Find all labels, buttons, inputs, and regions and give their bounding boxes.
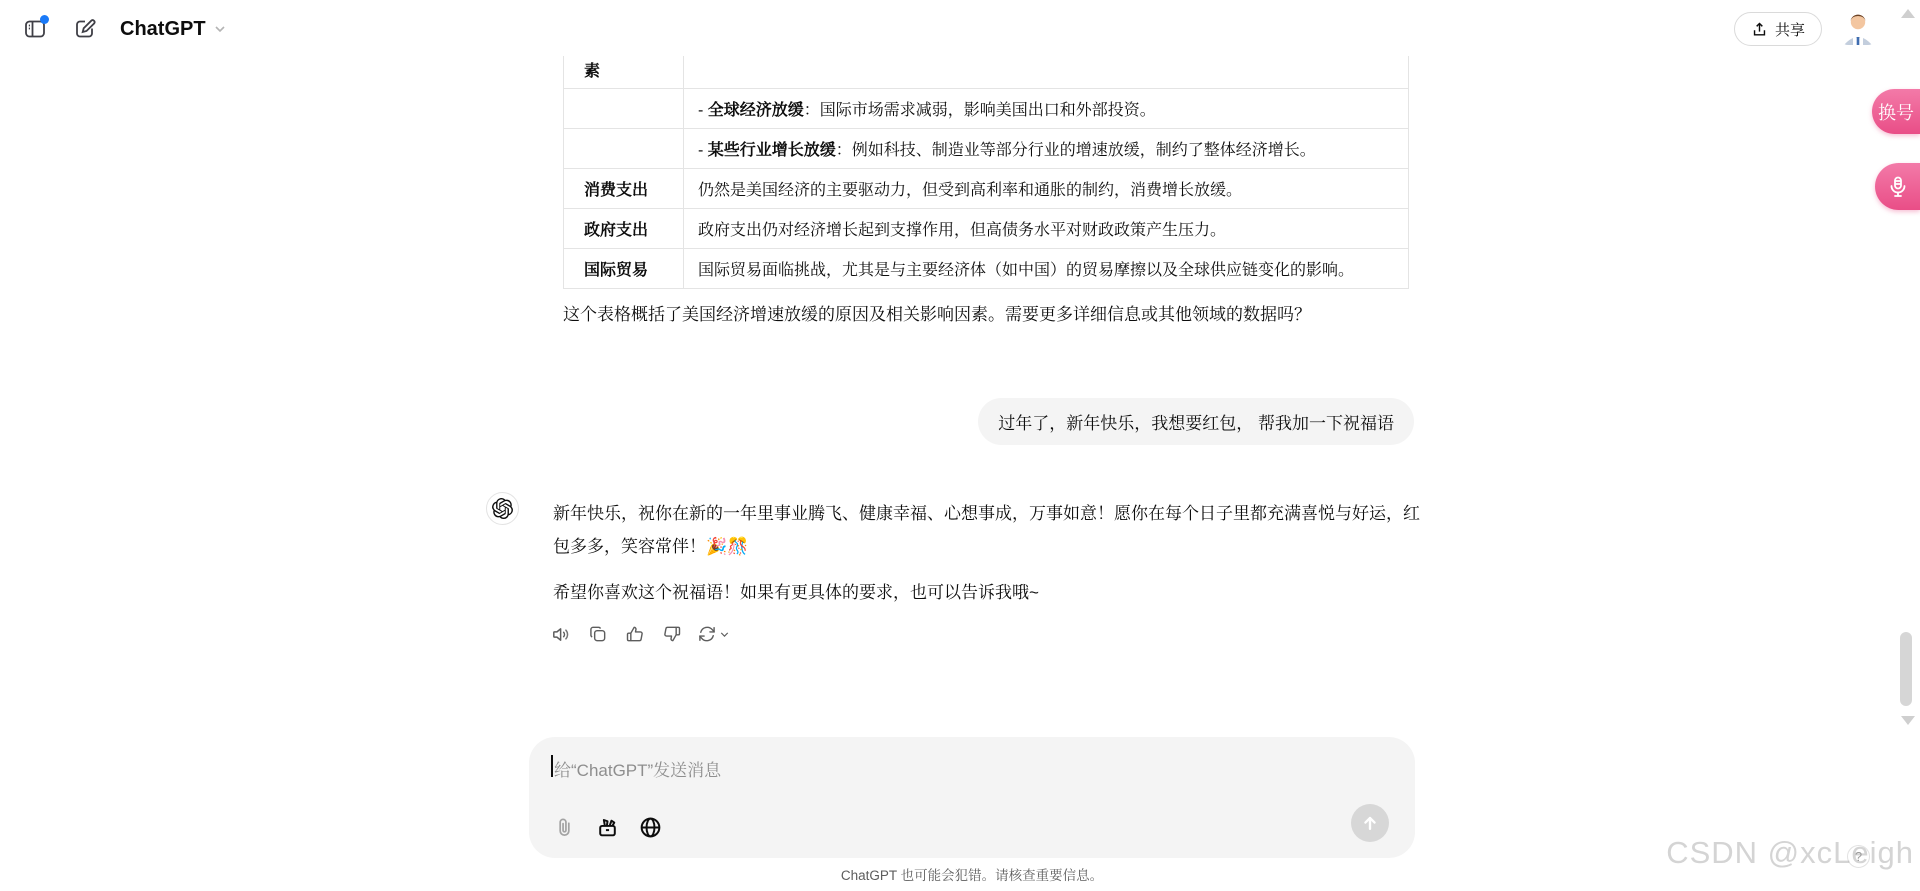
assistant-message: 新年快乐，祝你在新的一年里事业腾飞、健康幸福、心想事成，万事如意！愿你在每个日子… [553,497,1423,609]
share-button[interactable]: 共享 [1734,12,1822,46]
avatar-image [1840,9,1876,45]
table-row: 消费支出 仍然是美国经济的主要驱动力，但受到高利率和通胀的制约，消费增长放缓。 [564,169,1409,209]
cell-text: ：国际市场需求减弱，影响美国出口和外部投资。 [804,102,1156,119]
user-avatar[interactable] [1840,9,1876,45]
cell-text: - [698,142,708,159]
regenerate-icon [697,624,717,644]
cell-bold-text: 全球经济放缓 [708,102,804,119]
arrow-up-icon [1360,813,1380,833]
assistant-avatar [486,492,519,525]
chevron-down-icon [212,21,228,37]
thumbs-up-button[interactable] [623,622,647,646]
table-cell-label: 消费支出 [584,182,648,199]
table-row: 国际贸易 国际贸易面临挑战，尤其是与主要经济体（如中国）的贸易摩擦以及全球供应链… [564,249,1409,289]
scrollbar-up-arrow[interactable] [1901,9,1915,18]
paperclip-icon [553,816,576,839]
disclaimer-text: ChatGPT 也可能会犯错。请核查重要信息。 [529,864,1415,884]
cell-text: 国际贸易面临挑战，尤其是与主要经济体（如中国）的贸易摩擦以及全球供应链变化的影响… [698,262,1354,279]
toolbox-button[interactable] [594,814,621,841]
cell-text: 仍然是美国经济的主要驱动力，但受到高利率和通胀的制约，消费增长放缓。 [698,182,1242,199]
chevron-down-icon [718,628,731,641]
help-button[interactable]: ? [1847,845,1870,868]
scrollbar-thumb[interactable] [1900,632,1912,706]
text-cursor [551,755,553,777]
table-row: 政府支出 政府支出仍对经济增长起到支撑作用，但高债务水平对财政政策产生压力。 [564,209,1409,249]
cell-text: - [698,102,708,119]
read-aloud-button[interactable] [549,622,573,646]
switch-account-badge[interactable]: 换号 [1872,89,1920,134]
message-composer[interactable]: 给“ChatGPT”发送消息 [529,737,1415,858]
scrollbar-down-arrow[interactable] [1901,716,1915,725]
table-cell-label: 政府支出 [584,222,648,239]
sidebar-toggle-button[interactable] [20,14,50,44]
economy-table: 素 - 全球经济放缓：国际市场需求减弱，影响美国出口和外部投资。 - 某些行业增… [563,46,1409,289]
openai-logo-icon [492,498,513,519]
composer-placeholder: 给“ChatGPT”发送消息 [554,756,721,781]
toolbox-icon [595,815,620,840]
globe-icon [638,815,663,840]
share-upload-icon [1751,21,1768,38]
assistant-reply-paragraph: 新年快乐，祝你在新的一年里事业腾飞、健康幸福、心想事成，万事如意！愿你在每个日子… [553,497,1423,563]
thumbs-down-icon [662,624,682,644]
assistant-summary-text: 这个表格概括了美国经济增速放缓的原因及相关影响因素。需要更多详细信息或其他领域的… [563,300,1433,325]
message-toolbar [549,622,731,646]
copy-icon [588,624,608,644]
watermark-text: CSDN @xcLeigh [1666,835,1914,871]
new-chat-button[interactable] [70,14,100,44]
table-cell-label: 素 [584,63,600,80]
table-row: - 某些行业增长放缓：例如科技、制造业等部分行业的增速放缓，制约了整体经济增长。 [564,129,1409,169]
notification-dot [40,15,49,24]
compose-icon [73,17,97,41]
table-cell-label: 国际贸易 [584,262,648,279]
cell-text: ：例如科技、制造业等部分行业的增速放缓，制约了整体经济增长。 [836,142,1316,159]
thumbs-up-icon [625,624,645,644]
cell-bold-text: 某些行业增长放缓 [708,142,836,159]
assistant-reply-paragraph: 希望你喜欢这个祝福语！如果有更具体的要求，也可以告诉我哦~ [553,576,1423,609]
app-title: ChatGPT [120,18,206,41]
send-button[interactable] [1351,804,1389,842]
search-web-button[interactable] [637,814,664,841]
voice-badge[interactable] [1875,163,1920,210]
share-button-label: 共享 [1775,19,1805,40]
cell-text: 政府支出仍对经济增长起到支撑作用，但高债务水平对财政政策产生压力。 [698,222,1226,239]
microphone-icon [1886,175,1910,199]
speaker-icon [551,624,572,645]
regenerate-button[interactable] [697,624,731,644]
copy-button[interactable] [586,622,610,646]
switch-account-label: 换号 [1878,99,1914,125]
user-message-bubble: 过年了，新年快乐，我想要红包， 帮我加一下祝福语 [978,398,1414,445]
attach-file-button[interactable] [551,814,578,841]
model-switcher[interactable]: ChatGPT [120,14,228,44]
top-bar: ChatGPT 共享 [0,0,1920,56]
table-row: - 全球经济放缓：国际市场需求减弱，影响美国出口和外部投资。 [564,89,1409,129]
thumbs-down-button[interactable] [660,622,684,646]
